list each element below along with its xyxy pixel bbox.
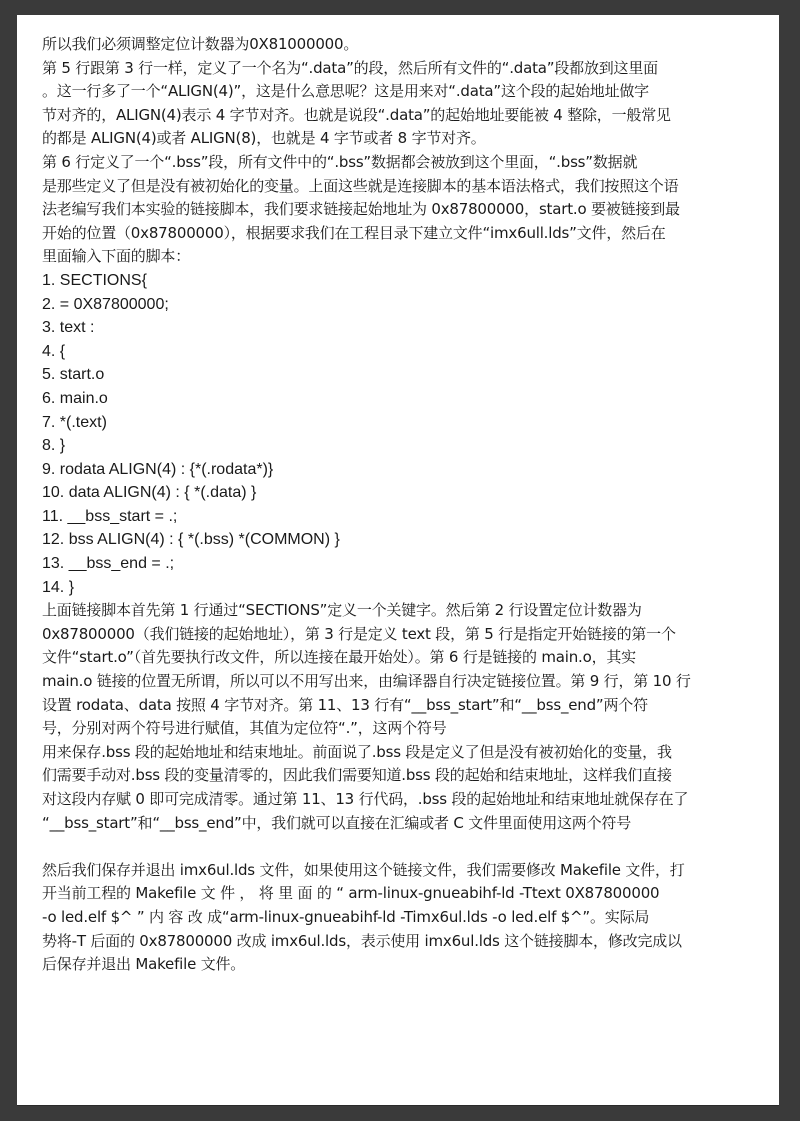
- text-line: “__bss_start”和“__bss_end”中，我们就可以直接在汇编或者 …: [42, 812, 764, 836]
- document-content: 所以我们必须调整定位计数器为0X81000000。 第 5 行跟第 3 行一样，…: [42, 33, 764, 977]
- code-line: 9. rodata ALIGN(4) : {*(.rodata*)}: [42, 458, 764, 482]
- code-line: 11. __bss_start = .;: [42, 505, 764, 529]
- code-line: 12. bss ALIGN(4) : { *(.bss) *(COMMON) }: [42, 528, 764, 552]
- text-line: 所以我们必须调整定位计数器为0X81000000。: [42, 33, 764, 57]
- text-line: 0x87800000（我们链接的起始地址），第 3 行是定义 text 段，第 …: [42, 623, 764, 647]
- text-line: 里面输入下面的脚本：: [42, 245, 764, 269]
- text-line: 是那些定义了但是没有被初始化的变量。上面这些就是连接脚本的基本语法格式，我们按照…: [42, 175, 764, 199]
- text-line: 第 6 行定义了一个“.bss”段，所有文件中的“.bss”数据都会被放到这个里…: [42, 151, 764, 175]
- code-line: 7. *(.text): [42, 411, 764, 435]
- code-line: 10. data ALIGN(4) : { *(.data) }: [42, 481, 764, 505]
- text-line: 对这段内存赋 0 即可完成清零。通过第 11、13 行代码，.bss 段的起始地…: [42, 788, 764, 812]
- text-line: 用来保存.bss 段的起始地址和结束地址。前面说了.bss 段是定义了但是没有被…: [42, 741, 764, 765]
- text-line: 节对齐的，ALIGN(4)表示 4 字节对齐。也就是说段“.data”的起始地址…: [42, 104, 764, 128]
- makefile-paragraph: 然后我们保存并退出 imx6ul.lds 文件，如果使用这个链接文件，我们需要修…: [42, 859, 764, 977]
- text-line: 上面链接脚本首先第 1 行通过“SECTIONS”定义一个关键字。然后第 2 行…: [42, 599, 764, 623]
- text-line: 的都是 ALIGN(4)或者 ALIGN(8)，也就是 4 字节或者 8 字节对…: [42, 127, 764, 151]
- code-line: 5. start.o: [42, 363, 764, 387]
- intro-paragraph: 所以我们必须调整定位计数器为0X81000000。 第 5 行跟第 3 行一样，…: [42, 33, 764, 269]
- text-line: 。这一行多了一个“ALIGN(4)”，这是什么意思呢？这是用来对“.data”这…: [42, 80, 764, 104]
- text-line: main.o 链接的位置无所谓，所以可以不用写出来，由编译器自行决定链接位置。第…: [42, 670, 764, 694]
- text-line: 法老编写我们本实验的链接脚本，我们要求链接起始地址为 0x87800000，st…: [42, 198, 764, 222]
- document-page: 所以我们必须调整定位计数器为0X81000000。 第 5 行跟第 3 行一样，…: [17, 15, 779, 1105]
- text-line: 设置 rodata、data 按照 4 字节对齐。第 11、13 行有“__bs…: [42, 694, 764, 718]
- code-line: 3. text :: [42, 316, 764, 340]
- text-line: 开始的位置（0x87800000），根据要求我们在工程目录下建立文件“imx6u…: [42, 222, 764, 246]
- code-line: 4. {: [42, 340, 764, 364]
- text-line: -o led.elf $^ ” 内 容 改 成“arm-linux-gnueab…: [42, 906, 764, 930]
- text-line: 势将-T 后面的 0x87800000 改成 imx6ul.lds，表示使用 i…: [42, 930, 764, 954]
- code-line: 14. }: [42, 576, 764, 600]
- code-line: 2. = 0X87800000;: [42, 293, 764, 317]
- explanation-paragraph: 上面链接脚本首先第 1 行通过“SECTIONS”定义一个关键字。然后第 2 行…: [42, 599, 764, 835]
- linker-script-code: 1. SECTIONS{ 2. = 0X87800000; 3. text : …: [42, 269, 764, 599]
- paragraph-gap: [42, 835, 764, 859]
- text-line: 们需要手动对.bss 段的变量清零的，因此我们需要知道.bss 段的起始和结束地…: [42, 764, 764, 788]
- text-line: 第 5 行跟第 3 行一样，定义了一个名为“.data”的段，然后所有文件的“.…: [42, 57, 764, 81]
- text-line: 然后我们保存并退出 imx6ul.lds 文件，如果使用这个链接文件，我们需要修…: [42, 859, 764, 883]
- text-line: 号，分别对两个符号进行赋值，其值为定位符“.”，这两个符号: [42, 717, 764, 741]
- code-line: 13. __bss_end = .;: [42, 552, 764, 576]
- text-line: 文件“start.o”（首先要执行改文件，所以连接在最开始处）。第 6 行是链接…: [42, 646, 764, 670]
- code-line: 6. main.o: [42, 387, 764, 411]
- code-line: 8. }: [42, 434, 764, 458]
- text-line: 开当前工程的 Makefile 文 件 ， 将 里 面 的 “ arm-linu…: [42, 882, 764, 906]
- text-line: 后保存并退出 Makefile 文件。: [42, 953, 764, 977]
- code-line: 1. SECTIONS{: [42, 269, 764, 293]
